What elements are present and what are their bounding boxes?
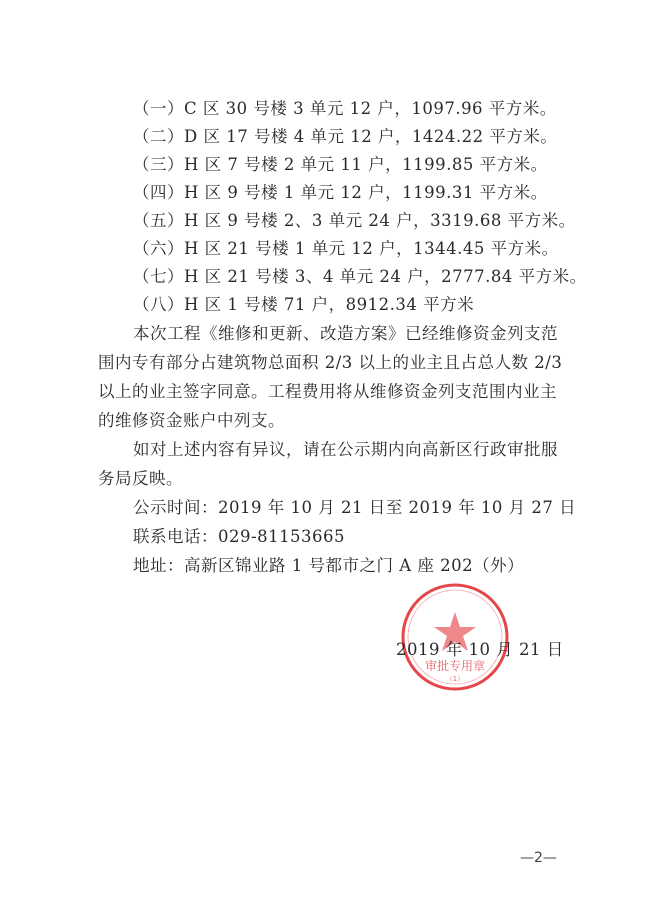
list-item: （三）H 区 7 号楼 2 单元 11 户，1199.85 平方米。 <box>133 153 548 177</box>
page-number: —2— <box>520 848 557 868</box>
list-item: （二）D 区 17 号楼 4 单元 12 户，1424.22 平方米。 <box>133 125 557 149</box>
seal-sub: （1） <box>446 675 464 683</box>
contact-phone: 联系电话：029-81153665 <box>133 525 345 549</box>
paragraph-line: 的维修资金账户中列支。 <box>98 409 285 433</box>
list-item: （四）H 区 9 号楼 1 单元 12 户，1199.31 平方米。 <box>133 181 548 205</box>
document-page: （一）C 区 30 号楼 3 单元 12 户，1097.96 平方米。 （二）D… <box>0 0 650 919</box>
list-item: （七）H 区 21 号楼 3、4 单元 24 户，2777.84 平方米。 <box>133 265 587 289</box>
publicity-period: 公示时间：2019 年 10 月 21 日至 2019 年 10 月 27 日 <box>133 496 576 520</box>
list-item: （八）H 区 1 号楼 71 户，8912.34 平方米 <box>133 293 474 317</box>
paragraph-line: 围内专有部分占建筑物总面积 2/3 以上的业主且占总人数 2/3 <box>98 351 562 375</box>
paragraph-line: 如对上述内容有异议，请在公示期内向高新区行政审批服 <box>133 438 558 462</box>
paragraph-line: 以上的业主签字同意。工程费用将从维修资金列支范围内业主 <box>98 380 557 404</box>
paragraph-line: 务局反映。 <box>98 467 183 491</box>
address: 地址：高新区锦业路 1 号都市之门 A 座 202（外） <box>133 554 524 578</box>
paragraph-line: 本次工程《维修和更新、改造方案》已经维修资金列支范 <box>133 322 558 346</box>
list-item: （五）H 区 9 号楼 2、3 单元 24 户，3319.68 平方米。 <box>133 209 576 233</box>
signature-date: 2019 年 10 月 21 日 <box>396 638 564 662</box>
list-item: （六）H 区 21 号楼 1 单元 12 户，1344.45 平方米。 <box>133 237 559 261</box>
official-seal-icon: 审批专用章 （1） <box>400 582 510 692</box>
list-item: （一）C 区 30 号楼 3 单元 12 户，1097.96 平方米。 <box>133 97 557 121</box>
